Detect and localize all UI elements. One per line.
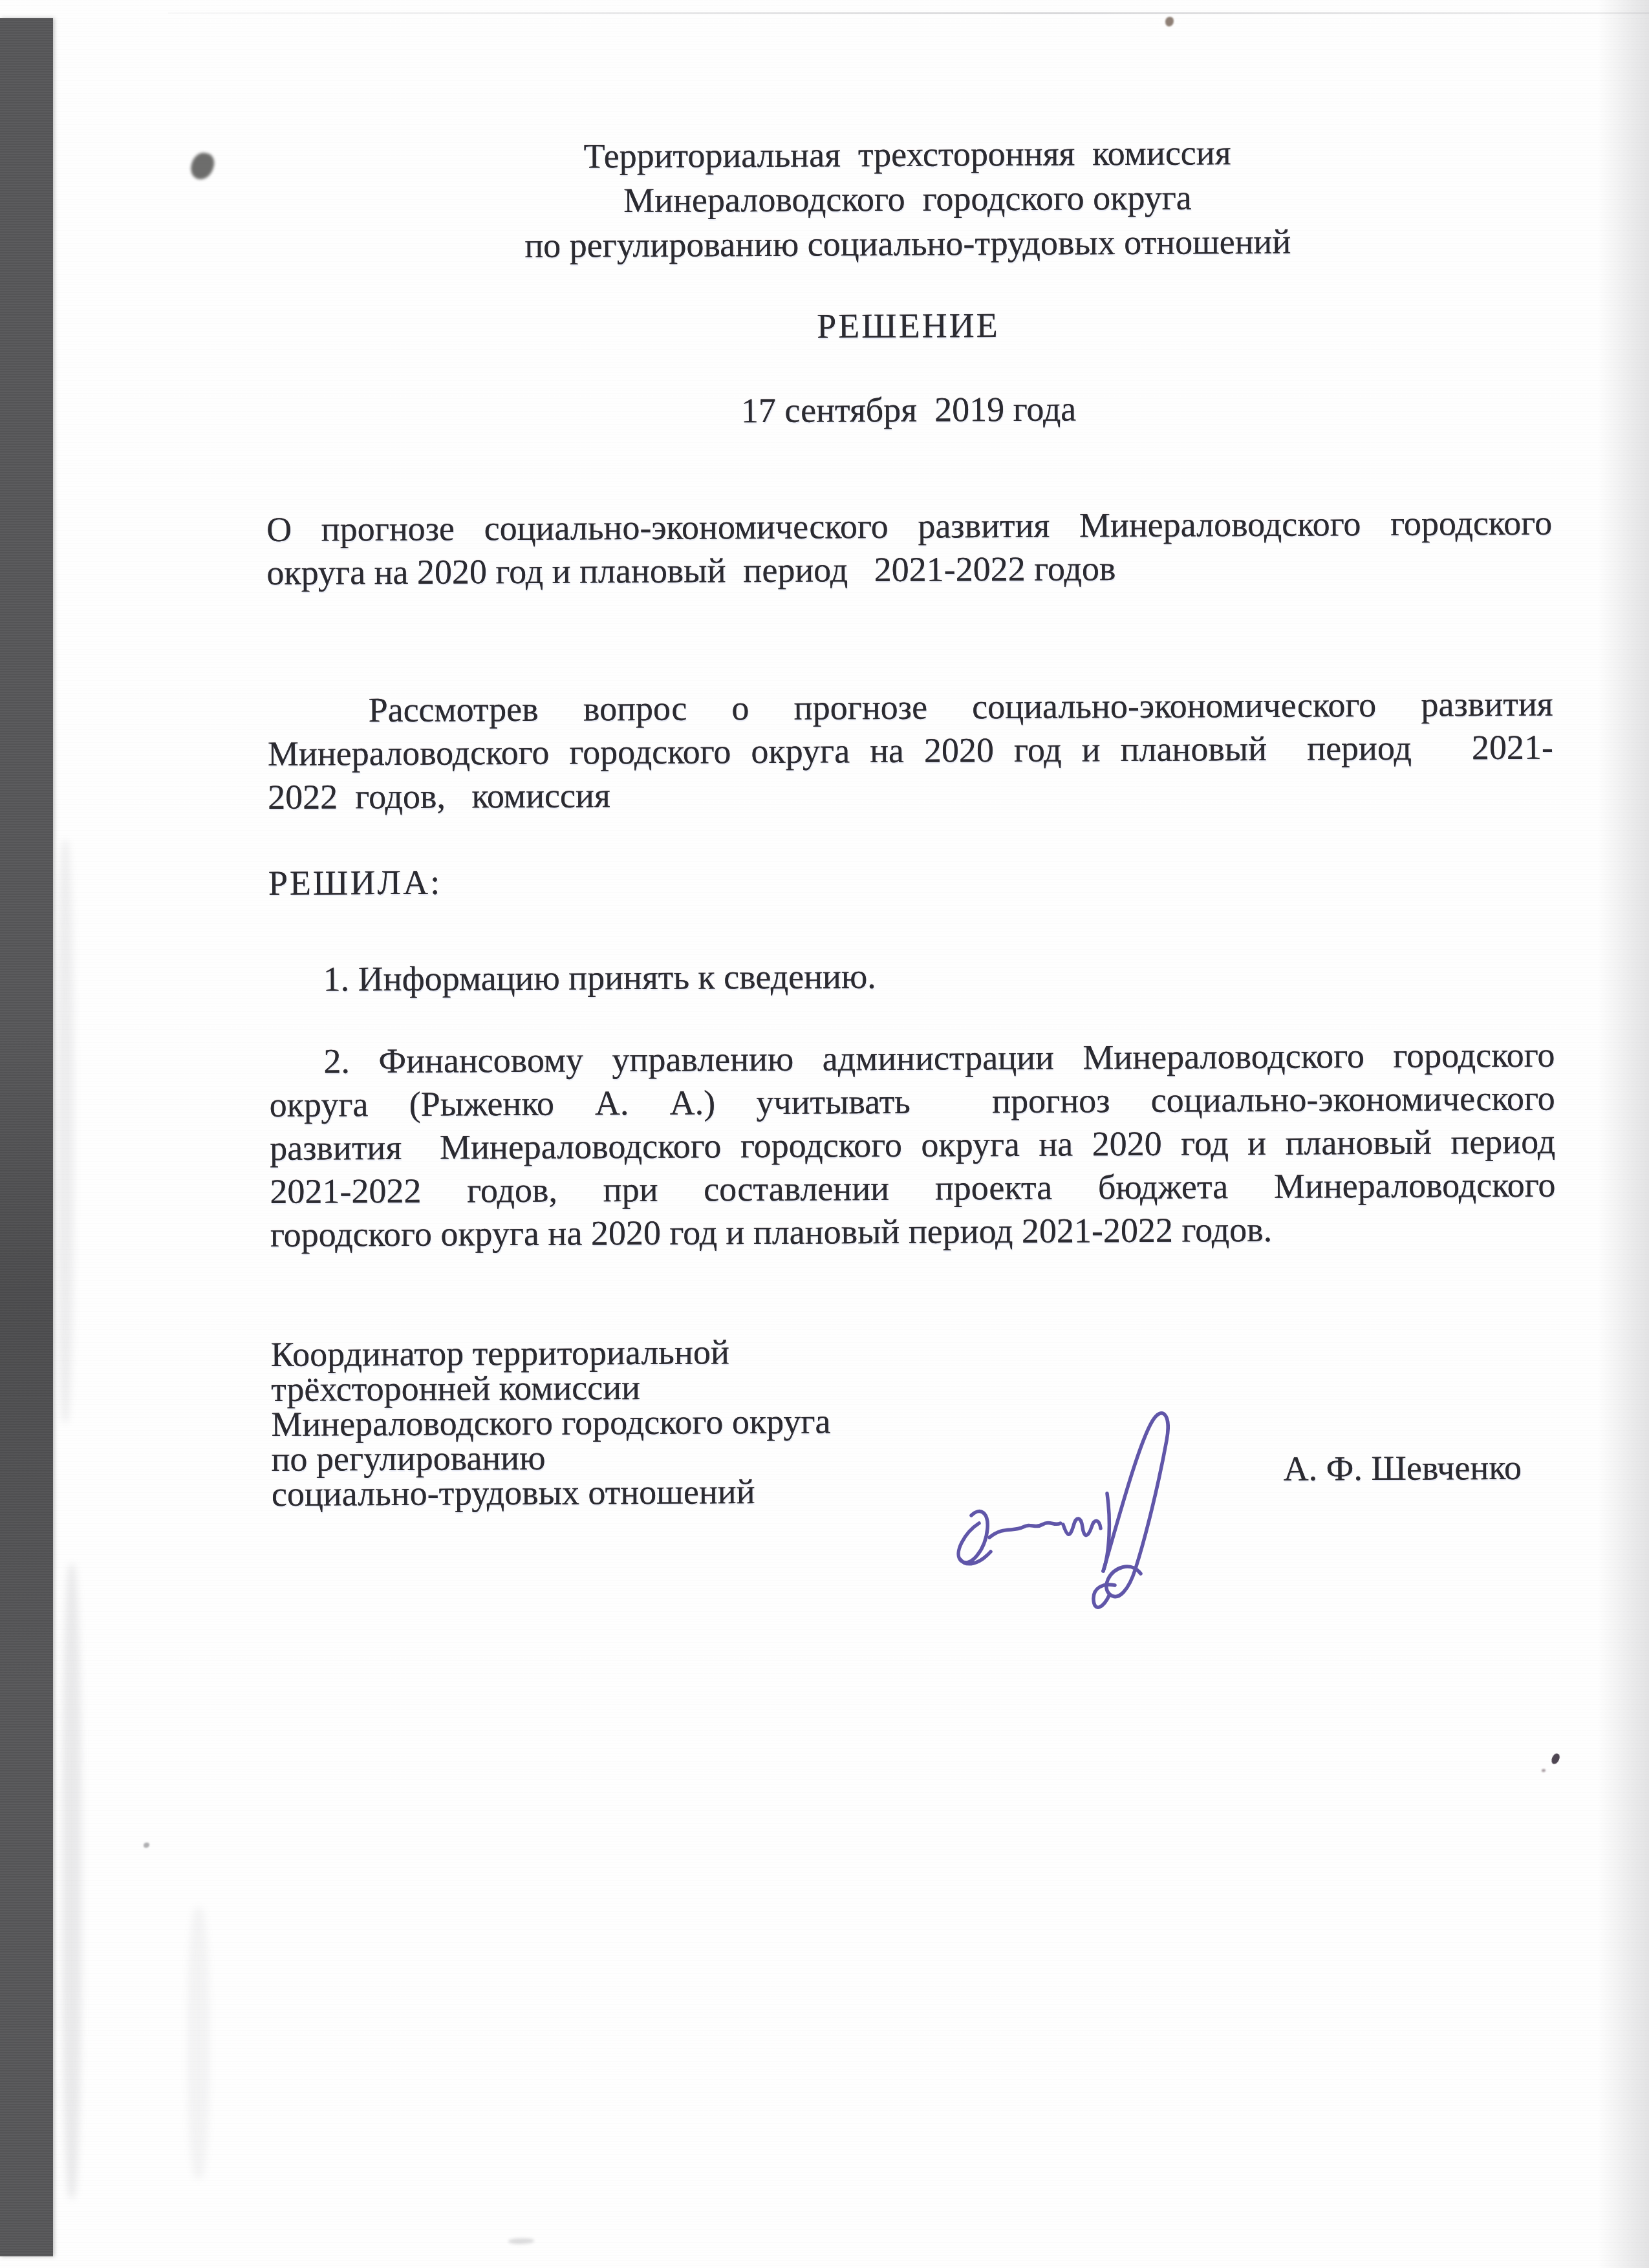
scan-smudge [188,1907,210,2179]
decision-title: РЕШЕНИЕ [265,301,1551,352]
resolution-item-1: 1. Информацию принять к сведению. [269,951,1555,1002]
preamble-line: Рассмотрев вопрос о прогнозе социально-э… [267,683,1553,733]
scan-smudge [62,1565,81,2198]
decision-date: 17 сентября 2019 года [266,385,1551,436]
preamble-paragraph: Рассмотрев вопрос о прогнозе социально-э… [267,683,1553,819]
dust-speck [144,1843,149,1848]
scanner-edge-band [0,18,53,2256]
resolved-heading-block: РЕШИЛА: [268,855,1554,906]
preamble-line: Минераловодского городского округа на 20… [268,726,1553,776]
commission-header: Территориальная трехсторонняя комиссия М… [264,129,1551,270]
subject-line: округа на 2020 год и плановый период 202… [266,545,1552,595]
header-line: Территориальная трехсторонняя комиссия [264,129,1550,180]
item-line: городского округа на 2020 год и плановый… [270,1207,1556,1257]
item-line: округа (Рыженко А. А.) учитывать прогноз… [270,1077,1555,1127]
subject-line: О прогнозе социально-экономического разв… [266,502,1552,551]
item-line: 2. Финансовому управлению администрации … [269,1034,1555,1084]
scanned-page: Территориальная трехсторонняя комиссия М… [0,0,1649,2268]
decision-date-block: 17 сентября 2019 года [266,385,1551,436]
scan-right-shading [1597,0,1649,2268]
decision-title-block: РЕШЕНИЕ [265,301,1551,352]
ink-blot-speck [188,150,217,182]
item-line: 2021-2022 годов, при составлении проекта… [270,1164,1555,1214]
document-content: Территориальная трехсторонняя комиссия М… [264,0,1561,2268]
signer-name: А. Ф. Шевченко [1284,1444,1649,1492]
resolution-item-2: 2. Финансовому управлению администрации … [269,1034,1556,1257]
resolved-heading: РЕШИЛА: [268,855,1554,906]
header-line: Минераловодского городского округа [264,174,1550,225]
scanner-edge-shading [0,1025,53,1697]
scan-smudge [57,840,74,1422]
preamble-line: 2022 годов, комиссия [268,769,1553,819]
header-line: по регулированию социально-трудовых отно… [265,219,1551,270]
subject-paragraph: О прогнозе социально-экономического разв… [266,502,1553,595]
item-line: 1. Информацию принять к сведению. [269,951,1555,1002]
signer-name-text: А. Ф. Шевченко [1284,1444,1649,1492]
item-line: развития Минераловодского городского окр… [270,1120,1555,1170]
